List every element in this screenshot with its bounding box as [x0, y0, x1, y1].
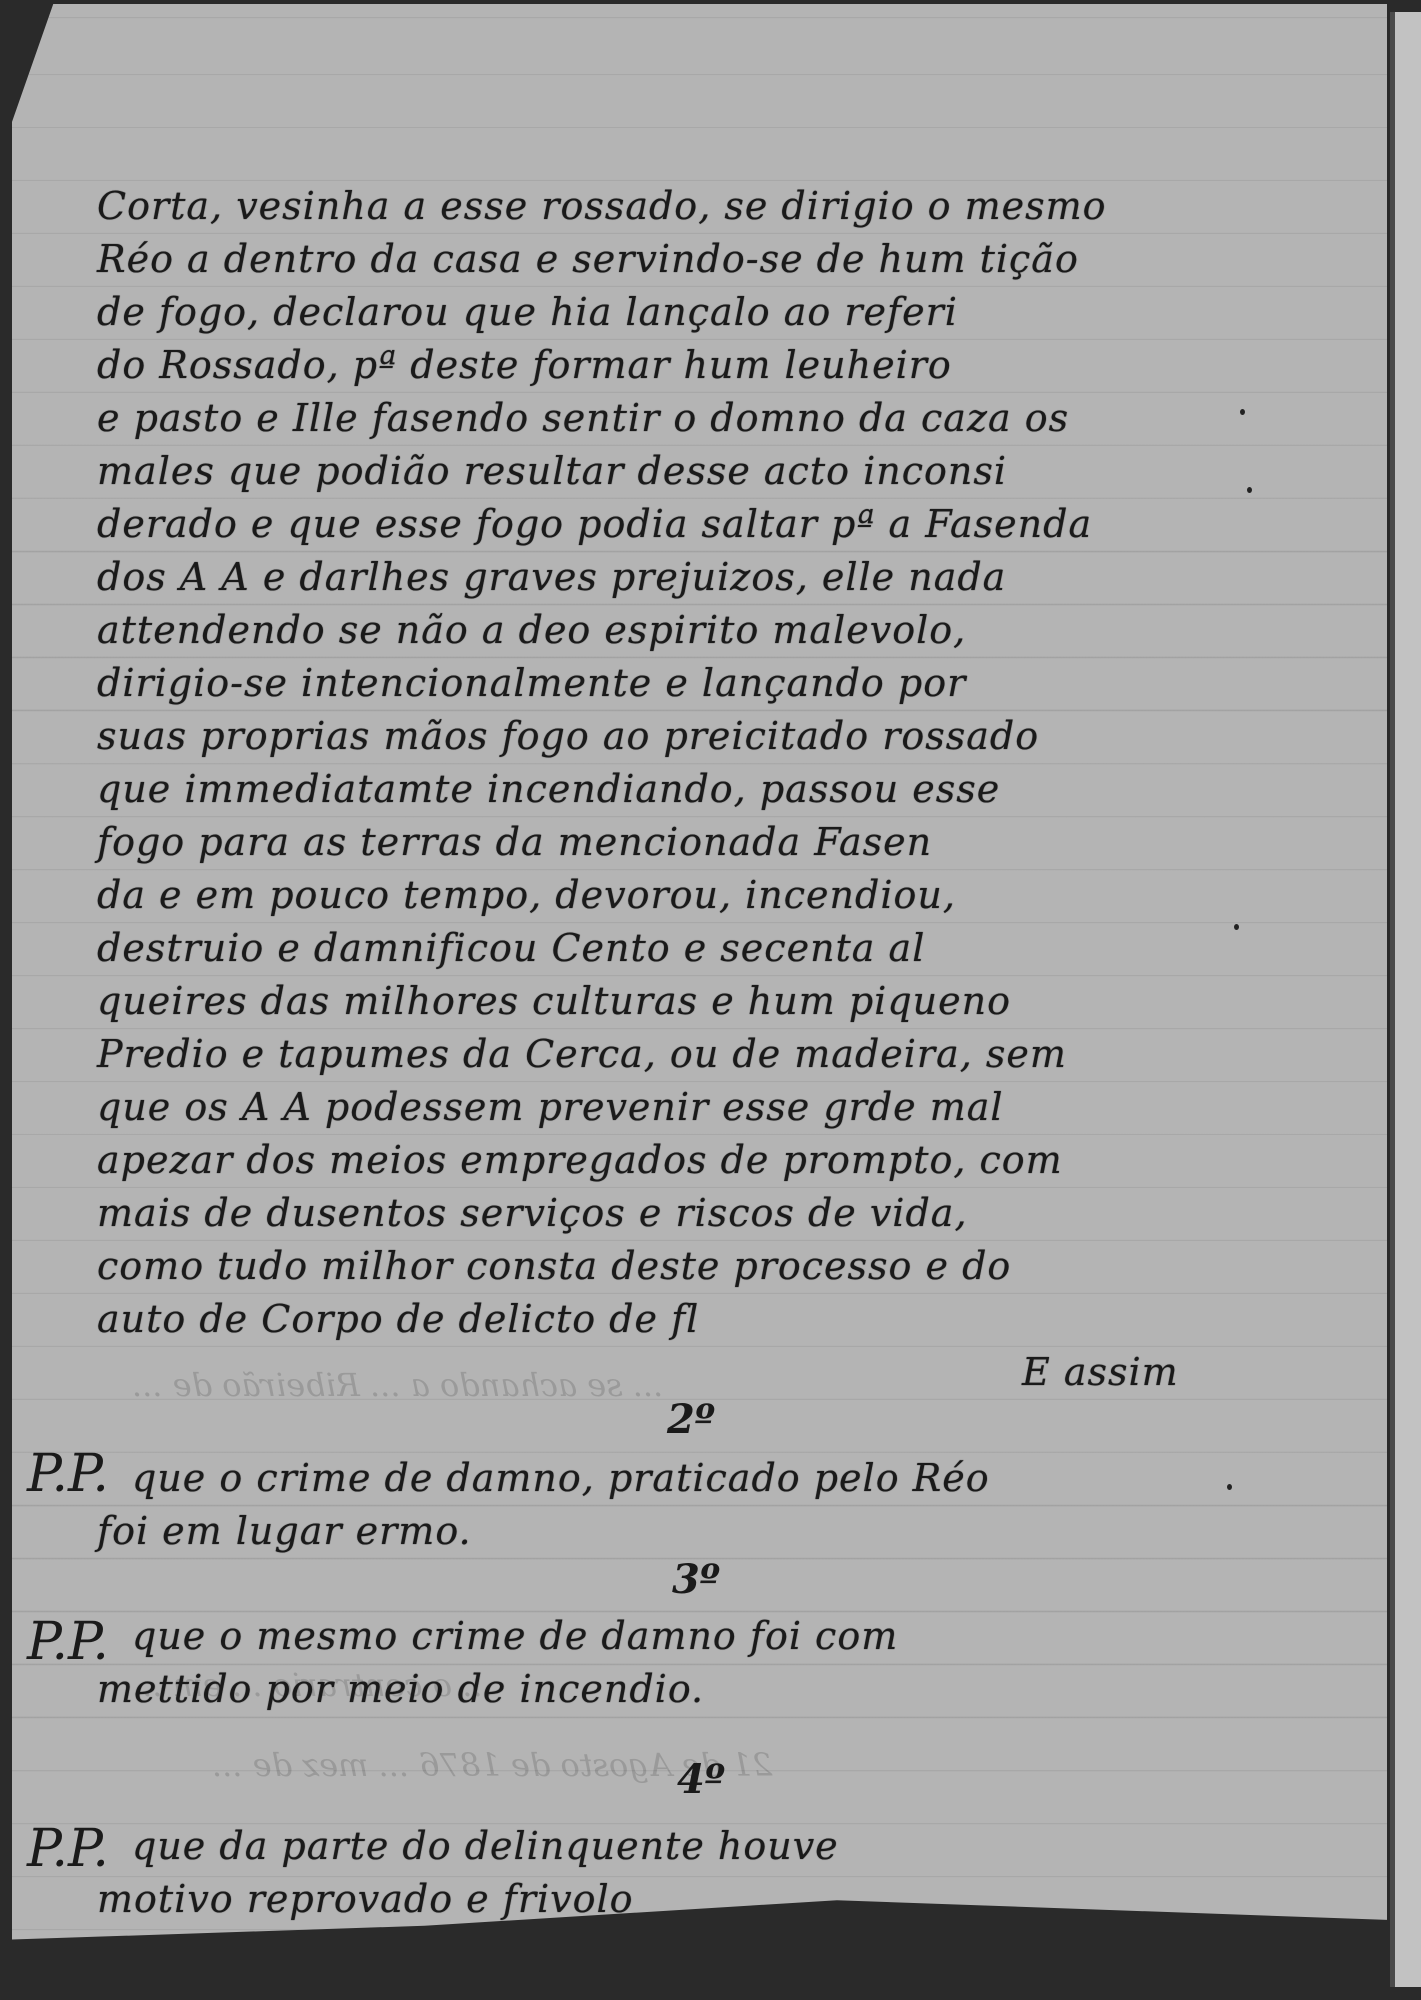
- body-line: fogo para as terras da mencionada Fasen: [97, 820, 932, 864]
- article-prefix: P.P.: [27, 1444, 109, 1504]
- body-line: queires das milhores culturas e hum piqu…: [97, 979, 1011, 1023]
- body-line: Réo a dentro da casa e servindo-se de hu…: [97, 237, 1079, 281]
- scan-background: ... se achando a ... Ribeirão de ... ...…: [0, 0, 1421, 2000]
- body-line: derado e que esse fogo podia saltar pª a…: [97, 502, 1092, 546]
- body-line: males que podião resultar desse acto inc…: [97, 449, 1007, 493]
- article-prefix: P.P.: [27, 1819, 109, 1879]
- body-line: attendendo se não a deo espirito malevol…: [97, 608, 966, 652]
- article-number: 2º: [667, 1396, 715, 1443]
- article-line: que o mesmo crime de damno foi com: [132, 1614, 898, 1658]
- article-line: que da parte do delinquente houve: [132, 1824, 839, 1868]
- body-line: suas proprias mãos fogo ao preicitado ro…: [97, 714, 1039, 758]
- article-line: mettido por meio de incendio.: [97, 1667, 704, 1711]
- body-line: de fogo, declarou que hia lançalo ao ref…: [97, 290, 958, 334]
- article-number: 4º: [677, 1756, 725, 1803]
- body-line: destruio e damnificou Cento e secenta al: [97, 926, 925, 970]
- adjacent-page-edge: [1390, 12, 1421, 1987]
- body-line: Predio e tapumes da Cerca, ou de madeira…: [97, 1032, 1067, 1076]
- body-line: mais de dusentos serviços e riscos de vi…: [97, 1191, 968, 1235]
- bleed-through-text: ... se achando a ... Ribeirão de ...: [132, 1366, 663, 1404]
- body-line: do Rossado, pª deste formar hum leuheiro: [97, 343, 952, 387]
- body-line: auto de Corpo de delicto de fl: [97, 1297, 699, 1341]
- ink-mark: [1227, 1484, 1232, 1490]
- body-line: dos A A e darlhes graves prejuizos, elle…: [97, 555, 1006, 599]
- closing-phrase: E assim: [1022, 1350, 1179, 1394]
- body-line: apezar dos meios empregados de prompto, …: [97, 1138, 1063, 1182]
- body-line: dirigio-se intencionalmente e lançando p…: [97, 661, 966, 705]
- ink-mark: [1240, 409, 1245, 415]
- article-number: 3º: [672, 1556, 720, 1603]
- body-line: que immediatamte incendiando, passou ess…: [97, 767, 1000, 811]
- body-line: Corta, vesinha a esse rossado, se dirigi…: [97, 184, 1107, 228]
- ink-mark: [1234, 924, 1239, 930]
- ink-mark: [1247, 487, 1252, 493]
- article-line: que o crime de damno, praticado pelo Réo: [132, 1456, 990, 1500]
- article-line: foi em lugar ermo.: [97, 1509, 472, 1553]
- article-prefix: P.P.: [27, 1612, 109, 1672]
- manuscript-page: ... se achando a ... Ribeirão de ... ...…: [12, 4, 1387, 1969]
- body-line: da e em pouco tempo, devorou, incendiou,: [97, 873, 956, 917]
- body-line: como tudo milhor consta deste processo e…: [97, 1244, 1011, 1288]
- article-line: motivo reprovado e frivolo: [97, 1877, 634, 1921]
- body-line: e pasto e Ille fasendo sentir o domno da…: [97, 396, 1069, 440]
- body-line: que os A A podessem prevenir esse grde m…: [97, 1085, 1004, 1129]
